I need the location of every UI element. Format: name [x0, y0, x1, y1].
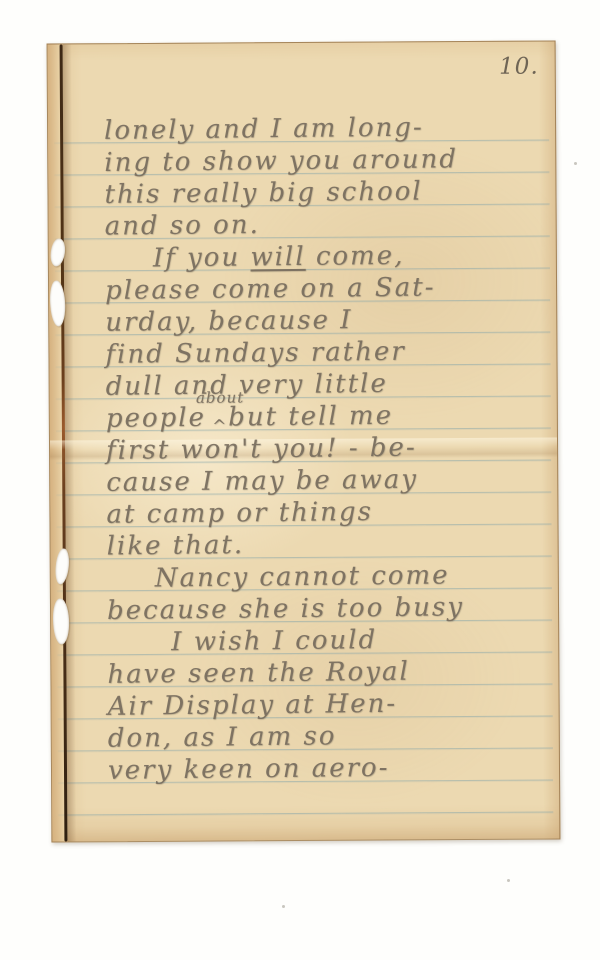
handwriting-line: have seen the Royal	[107, 656, 410, 691]
scan-speck	[282, 905, 285, 908]
handwriting-line: and so on.	[105, 209, 260, 243]
inserted-word: about	[196, 390, 244, 405]
handwriting-line: I wish I could	[171, 624, 377, 658]
handwriting-line: first won't you! - be-	[106, 432, 417, 467]
handwriting-line: cause I may be away	[106, 464, 418, 499]
handwriting-line: because she is too busy	[107, 591, 464, 627]
handwriting-line: please come on a Sat-	[105, 271, 436, 306]
handwriting-line: dull and very little	[105, 368, 387, 403]
handwriting-line: Air Display at Hen-	[107, 688, 397, 723]
handwriting-line: urday, because I	[105, 304, 353, 339]
handwriting-line: find Sundays rather	[105, 336, 406, 371]
underlined-word: will	[250, 242, 306, 273]
scan-speck	[507, 879, 510, 882]
scan-speck	[574, 162, 577, 165]
handwriting-segment: If you	[153, 242, 251, 273]
letter-page: 10. lonely and I am long-ing to show you…	[47, 40, 561, 842]
handwriting-block: lonely and I am long-ing to show you aro…	[48, 41, 560, 841]
handwriting-line: people aboutbut tell me	[106, 400, 393, 435]
handwriting-line: If you will come,	[153, 240, 405, 275]
handwriting-line: like that.	[106, 529, 244, 562]
handwriting-line: at camp or things	[106, 496, 373, 531]
handwriting-line: don, as I am so	[108, 720, 337, 754]
handwriting-line: ing to show you around	[104, 143, 458, 179]
handwriting-segment: come,	[305, 241, 404, 272]
handwriting-line: very keen on aero-	[108, 752, 390, 787]
handwriting-line: Nancy cannot come	[155, 559, 450, 594]
handwriting-segment: but tell me	[228, 401, 393, 433]
handwriting-line: this really big school	[104, 176, 422, 211]
handwriting-line: lonely and I am long-	[104, 112, 424, 147]
handwriting-segment: people	[106, 403, 217, 434]
